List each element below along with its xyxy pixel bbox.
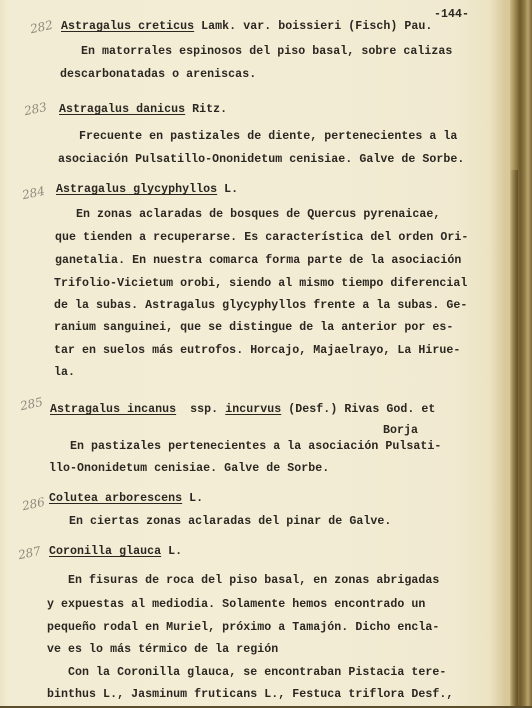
entry-body-line: En zonas aclaradas de bosques de Quercus…	[55, 208, 440, 221]
ssp-label: ssp.	[176, 403, 225, 416]
subspecies-name: incurvus	[225, 403, 281, 416]
margin-number: 287	[17, 544, 42, 562]
entry-body-line: la.	[54, 366, 75, 379]
entry-body-line: asociación Pulsatillo-Ononidetum cenisia…	[58, 153, 464, 166]
entry-body-line: ranium sanguinei, que se distingue de la…	[54, 321, 453, 334]
margin-number: 286	[21, 495, 46, 513]
entry-body-line: tar en suelos más eutrofos. Horcajo, Maj…	[54, 344, 460, 357]
entry-heading: Astragalus incanus ssp. incurvus (Desf.)…	[50, 403, 435, 416]
entry-body-line: binthus L., Jasminum fruticans L., Festu…	[47, 688, 453, 701]
entry-body-line: llo-Ononidetum cenisiae. Galve de Sorbe.	[49, 462, 329, 475]
entry-body-line: que tienden a recuperarse. Es caracterís…	[55, 231, 468, 244]
margin-number: 283	[23, 100, 48, 118]
entry-heading: Coronilla glauca L.	[49, 545, 182, 558]
species-name: Astragalus glycyphyllos	[56, 183, 217, 196]
entry-body-line: pequeño rodal en Muriel, próximo a Tamaj…	[47, 621, 439, 634]
species-authority: L.	[217, 183, 238, 196]
species-name: Coronilla glauca	[49, 545, 161, 558]
entry-heading: Astragalus creticus Lamk. var. boissieri…	[61, 20, 432, 33]
species-name: Astragalus danicus	[59, 103, 185, 116]
species-name: Astragalus incanus	[50, 403, 176, 416]
entry-body-line: ganetalia. En nuestra comarca forma part…	[55, 254, 461, 267]
entry-body-line: Trifolio-Vicietum orobi, siendo al mismo…	[54, 277, 467, 290]
entry-body-line: de la subas. Astragalus glycyphyllos fre…	[54, 299, 467, 312]
margin-number: 285	[19, 395, 44, 413]
typewritten-page: -144- 282 Astragalus creticus Lamk. var.…	[0, 0, 532, 708]
species-authority: Ritz.	[185, 103, 227, 116]
entry-body-line: Con la Coronilla glauca, se encontraban …	[47, 666, 446, 679]
entry-body-line: ve es lo más térmico de la región	[47, 643, 278, 656]
entry-heading: Colutea arborescens L.	[49, 492, 203, 505]
entry-heading: Astragalus danicus Ritz.	[59, 103, 227, 116]
page-number: -144-	[434, 8, 469, 21]
species-authority: (Desf.) Rivas God. et	[281, 403, 435, 416]
entry-body-line: y expuestas al mediodia. Solamente hemos…	[47, 598, 425, 611]
margin-number: 282	[29, 18, 54, 36]
entry-body-line: Frecuente en pastizales de diente, perte…	[58, 130, 457, 143]
entry-body-line: En ciertas zonas aclaradas del pinar de …	[48, 515, 391, 528]
species-name: Astragalus creticus	[61, 20, 194, 33]
species-authority: L.	[182, 492, 203, 505]
authority-continuation: Borja	[383, 424, 418, 437]
page-shadow	[510, 170, 518, 708]
entry-heading: Astragalus glycyphyllos L.	[56, 183, 238, 196]
species-authority: Lamk. var. boissieri (Fisch) Pau.	[194, 20, 432, 33]
species-authority: L.	[161, 545, 182, 558]
species-name: Colutea arborescens	[49, 492, 182, 505]
entry-body-line: descarbonatadas o areniscas.	[60, 68, 256, 81]
entry-body-line: En matorrales espinosos del piso basal, …	[60, 45, 452, 58]
margin-number: 284	[21, 184, 46, 202]
entry-body-line: En pastizales pertenecientes a la asocia…	[49, 440, 441, 453]
entry-body-line: En fisuras de roca del piso basal, en zo…	[47, 574, 439, 587]
